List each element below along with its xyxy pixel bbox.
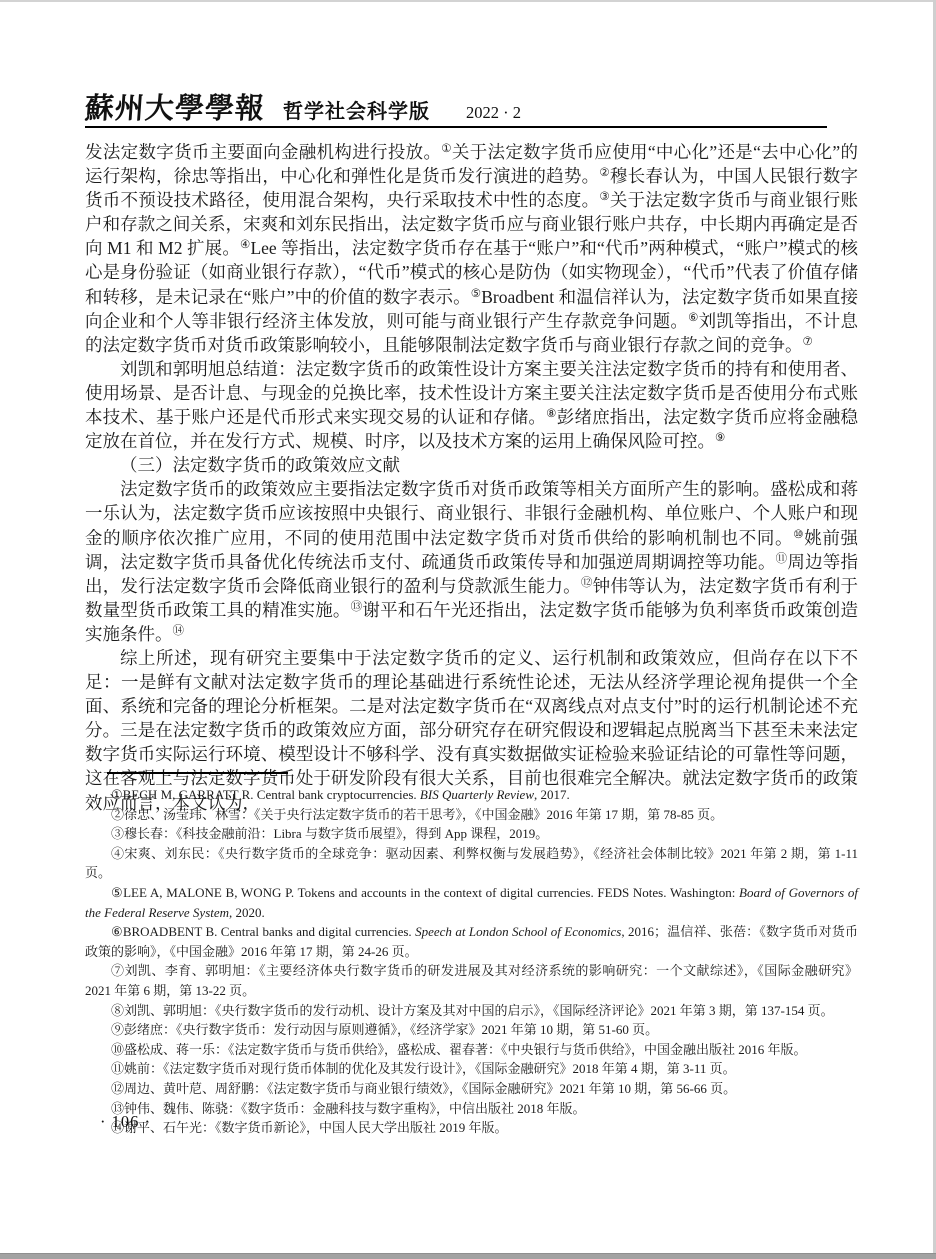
article-body: 发法定数字货币主要面向金融机构进行投放。①关于法定数字货币应使用“中心化”还是“… <box>85 140 858 815</box>
footnote-item: ⑥BROADBENT B. Central banks and digital … <box>85 922 858 961</box>
footnote-ref: ⑧ <box>546 408 557 420</box>
footnote-item: ⑧刘凯、郭明旭：《央行数字货币的发行动机、设计方案及其对中国的启示》，《国际经济… <box>85 1001 858 1021</box>
footnote-item: ⑤LEE A, MALONE B, WONG P. Tokens and acc… <box>85 883 858 922</box>
footnote-item: ③穆长春：《科技金融前沿：Libra 与数字货币展望》，得到 App 课程，20… <box>85 824 858 844</box>
footnote-ref: ⑩ <box>793 529 804 541</box>
paragraph-continued: 发法定数字货币主要面向金融机构进行投放。①关于法定数字货币应使用“中心化”还是“… <box>85 140 858 357</box>
footnote-item: ⑦刘凯、李育、郭明旭：《主要经济体央行数字货币的研发进展及其对经济系统的影响研究… <box>85 961 858 1000</box>
footnote-item: ⑭谢平、石午光：《数字货币新论》，中国人民大学出版社 2019 年版。 <box>85 1118 858 1138</box>
footnote-ref: ② <box>599 167 610 179</box>
footnote-item: ②徐忠、汤莹玮、林雪：《关于央行法定数字货币的若干思考》，《中国金融》2016 … <box>85 805 858 825</box>
footnote-ref: ⑨ <box>715 432 725 444</box>
journal-edition-label: 哲学社会科学版 <box>283 95 430 124</box>
footnote-item: ①BECH M, GARRATT R. Central bank cryptoc… <box>85 785 858 805</box>
paragraph-policy-effects: 法定数字货币的政策效应主要指法定数字货币对货币政策等相关方面所产生的影响。盛松成… <box>85 477 858 646</box>
journal-issue-number: 2022 · 2 <box>466 103 521 123</box>
footnote-separator-rule <box>107 772 288 774</box>
footnote-ref: ① <box>441 143 452 155</box>
journal-page: 蘇州大學學報 哲学社会科学版 2022 · 2 发法定数字货币主要面向金融机构进… <box>0 0 936 1259</box>
footnote-item: ⑫周边、黄叶苨、周舒鹏：《法定数字货币与商业银行绩效》，《国际金融研究》2021… <box>85 1079 858 1099</box>
paragraph-design-schemes: 刘凯和郭明旭总结道：法定数字货币的政策性设计方案主要关注法定数字货币的持有和使用… <box>85 357 858 453</box>
footnotes-list: ①BECH M, GARRATT R. Central bank cryptoc… <box>85 785 858 1138</box>
scan-edge-bottom <box>0 1253 936 1259</box>
footnote-item: ④宋爽、刘东民：《央行数字货币的全球竞争：驱动因素、利弊权衡与发展趋势》，《经济… <box>85 844 858 883</box>
footnotes-section: ①BECH M, GARRATT R. Central bank cryptoc… <box>85 772 858 1138</box>
journal-masthead: 蘇州大學學報 哲学社会科学版 2022 · 2 <box>85 86 521 127</box>
journal-name-logo: 蘇州大學學報 <box>84 86 267 127</box>
page-number: · 106 · <box>100 1112 151 1132</box>
footnote-ref: ⑪ <box>776 553 788 565</box>
footnote-ref: ⑥ <box>688 312 699 324</box>
footnote-ref: ⑬ <box>351 601 363 613</box>
footnote-ref: ③ <box>599 191 610 203</box>
scan-edge-top <box>0 0 936 2</box>
footnote-ref: ⑦ <box>803 336 813 348</box>
section-heading: （三）法定数字货币的政策效应文献 <box>85 453 858 477</box>
footnote-item: ⑬钟伟、魏伟、陈骁：《数字货币：金融科技与数字重构》，中信出版社 2018 年版… <box>85 1099 858 1119</box>
masthead-rule <box>85 126 827 128</box>
footnote-item: ⑪姚前：《法定数字货币对现行货币体制的优化及其发行设计》，《国际金融研究》201… <box>85 1059 858 1079</box>
footnote-ref: ⑭ <box>173 625 185 637</box>
footnote-ref: ④ <box>240 239 250 251</box>
footnote-item: ⑩盛松成、蒋一乐：《法定数字货币与货币供给》，盛松成、翟春著：《中央银行与货币供… <box>85 1040 858 1060</box>
footnote-ref: ⑫ <box>581 577 593 589</box>
footnote-item: ⑨彭绪庶：《央行数字货币：发行动因与原则遵循》，《经济学家》2021 年第 10… <box>85 1020 858 1040</box>
footnote-ref: ⑤ <box>471 288 481 300</box>
